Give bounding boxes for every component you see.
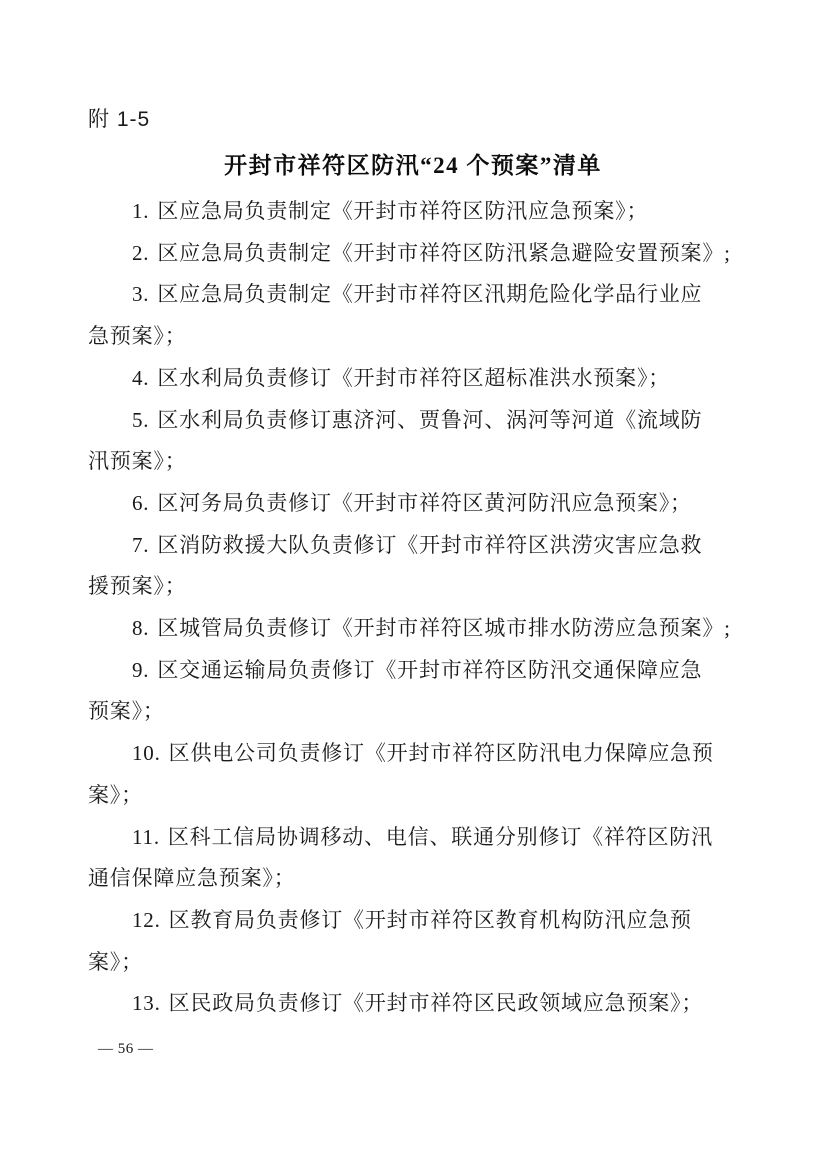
page-title: 开封市祥符区防汛“24 个预案”清单 (0, 147, 826, 180)
page-number: — 56 — (98, 1041, 154, 1058)
item-number: 10. (132, 733, 161, 775)
item-text: 区城管局负责修订《开封市祥符区城市排水防涝应急预案》; (157, 616, 730, 640)
list-item-line: 通信保障应急预案》； (88, 858, 788, 900)
item-number: 1. (132, 191, 149, 233)
item-text: 区消防救援大队负责修订《开封市祥符区洪涝灾害应急救 (157, 533, 702, 557)
list-item: 9.区交通运输局负责修订《开封市祥符区防汛交通保障应急 预案》； (88, 650, 788, 733)
list-item-line: 1.区应急局负责制定《开封市祥符区防汛应急预案》； (88, 191, 788, 233)
list-item-line: 8.区城管局负责修订《开封市祥符区城市排水防涝应急预案》; (88, 608, 788, 650)
list-item-line: 5.区水利局负责修订惠济河、贾鲁河、涡河等河道《流域防 (88, 400, 788, 442)
item-text: 区教育局负责修订《开封市祥符区教育机构防汛应急预 (169, 908, 692, 932)
item-text: 区水利局负责修订惠济河、贾鲁河、涡河等河道《流域防 (157, 408, 702, 432)
list-item: 1.区应急局负责制定《开封市祥符区防汛应急预案》； (88, 191, 788, 233)
list-item-line: 4.区水利局负责修订《开封市祥符区超标准洪水预案》； (88, 358, 788, 400)
list-item-line: 12.区教育局负责修订《开封市祥符区教育机构防汛应急预 (88, 900, 788, 942)
item-number: 12. (132, 900, 161, 942)
list-item-line: 2.区应急局负责制定《开封市祥符区防汛紧急避险安置预案》; (88, 233, 788, 275)
item-text: 区河务局负责修订《开封市祥符区黄河防汛应急预案》； (157, 491, 692, 515)
item-number: 8. (132, 608, 149, 650)
item-number: 4. (132, 358, 149, 400)
document-page: 附 1-5 开封市祥符区防汛“24 个预案”清单 1.区应急局负责制定《开封市祥… (0, 0, 826, 1169)
item-text: 区科工信局协调移动、电信、联通分别修订《祥符区防汛 (168, 825, 713, 849)
list-item-line: 案》； (88, 942, 788, 984)
attachment-label: 附 1-5 (88, 103, 150, 133)
item-text: 区应急局负责制定《开封市祥符区防汛应急预案》； (157, 199, 648, 223)
item-number: 7. (132, 525, 149, 567)
item-number: 5. (132, 400, 149, 442)
list-item-line: 急预案》； (88, 316, 788, 358)
list-item: 2.区应急局负责制定《开封市祥符区防汛紧急避险安置预案》; (88, 233, 788, 275)
list-item: 7.区消防救援大队负责修订《开封市祥符区洪涝灾害应急救 援预案》； (88, 525, 788, 608)
plan-list: 1.区应急局负责制定《开封市祥符区防汛应急预案》； 2.区应急局负责制定《开封市… (88, 191, 788, 1025)
list-item: 8.区城管局负责修订《开封市祥符区城市排水防涝应急预案》; (88, 608, 788, 650)
item-number: 9. (132, 650, 149, 692)
item-text: 区交通运输局负责修订《开封市祥符区防汛交通保障应急 (157, 658, 702, 682)
list-item: 3.区应急局负责制定《开封市祥符区汛期危险化学品行业应 急预案》； (88, 274, 788, 357)
item-text: 区供电公司负责修订《开封市祥符区防汛电力保障应急预 (169, 741, 714, 765)
list-item: 13.区民政局负责修订《开封市祥符区民政领域应急预案》； (88, 983, 788, 1025)
item-number: 3. (132, 274, 149, 316)
item-number: 13. (132, 983, 161, 1025)
list-item-line: 7.区消防救援大队负责修订《开封市祥符区洪涝灾害应急救 (88, 525, 788, 567)
list-item-line: 汛预案》； (88, 441, 788, 483)
list-item-line: 10.区供电公司负责修订《开封市祥符区防汛电力保障应急预 (88, 733, 788, 775)
item-text: 区应急局负责制定《开封市祥符区防汛紧急避险安置预案》; (157, 241, 730, 265)
item-text: 区水利局负责修订《开封市祥符区超标准洪水预案》； (157, 366, 670, 390)
item-text: 区民政局负责修订《开封市祥符区民政领域应急预案》； (169, 991, 704, 1015)
item-number: 2. (132, 233, 149, 275)
item-number: 6. (132, 483, 149, 525)
list-item: 6.区河务局负责修订《开封市祥符区黄河防汛应急预案》； (88, 483, 788, 525)
list-item-line: 13.区民政局负责修订《开封市祥符区民政领域应急预案》； (88, 983, 788, 1025)
item-number: 11. (132, 817, 160, 859)
list-item-line: 3.区应急局负责制定《开封市祥符区汛期危险化学品行业应 (88, 274, 788, 316)
list-item: 4.区水利局负责修订《开封市祥符区超标准洪水预案》； (88, 358, 788, 400)
list-item: 10.区供电公司负责修订《开封市祥符区防汛电力保障应急预 案》； (88, 733, 788, 816)
list-item-line: 预案》； (88, 691, 788, 733)
list-item-line: 9.区交通运输局负责修订《开封市祥符区防汛交通保障应急 (88, 650, 788, 692)
list-item: 5.区水利局负责修订惠济河、贾鲁河、涡河等河道《流域防 汛预案》； (88, 400, 788, 483)
list-item-line: 11.区科工信局协调移动、电信、联通分别修订《祥符区防汛 (88, 817, 788, 859)
list-item-line: 案》； (88, 775, 788, 817)
list-item: 12.区教育局负责修订《开封市祥符区教育机构防汛应急预 案》； (88, 900, 788, 983)
list-item-line: 援预案》； (88, 566, 788, 608)
item-text: 区应急局负责制定《开封市祥符区汛期危险化学品行业应 (157, 282, 702, 306)
list-item: 11.区科工信局协调移动、电信、联通分别修订《祥符区防汛 通信保障应急预案》； (88, 817, 788, 900)
list-item-line: 6.区河务局负责修订《开封市祥符区黄河防汛应急预案》； (88, 483, 788, 525)
